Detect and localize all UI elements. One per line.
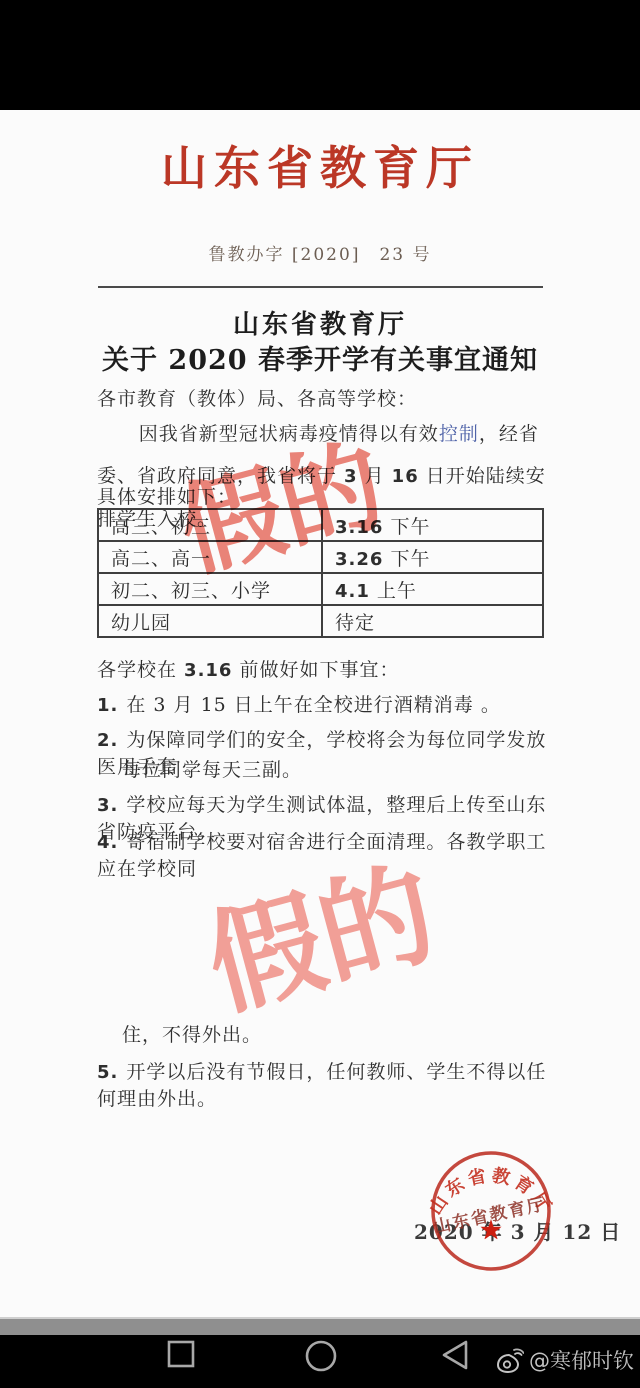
- table-row: 高三、初三 3.16 下午: [98, 509, 543, 541]
- table-row: 初二、初三、小学 4.1 上午: [98, 573, 543, 605]
- grade-cell: 高二、高一: [98, 541, 322, 573]
- para1-highlight: 控制: [439, 423, 479, 445]
- time-cell: 3.16 下午: [322, 509, 543, 541]
- back-triangle-icon: [444, 1342, 466, 1368]
- screen-edge-strip: [0, 1317, 640, 1337]
- para1-date-num1: 3: [344, 466, 358, 487]
- document-number: 鲁教办字 [2020] 23 号: [0, 240, 640, 265]
- grade-cell: 高三、初三: [98, 509, 322, 541]
- salutation: 各市教育（教体）局、各高等学校：: [97, 384, 544, 411]
- official-notice-document: 山东省教育厅 鲁教办字 [2020] 23 号 山东省教育厅 关于 2020 春…: [0, 110, 640, 1317]
- paragraph-after-table: 各学校在 3.16 前做好如下事宜：: [97, 655, 400, 682]
- recents-button[interactable]: [166, 1339, 196, 1369]
- table-row: 高二、高一 3.26 下午: [98, 541, 543, 573]
- letterhead-divider: [98, 286, 543, 288]
- weibo-watermark: @寒郁时钦: [497, 1345, 634, 1375]
- weibo-credit-text: @寒郁时钦: [529, 1345, 634, 1375]
- list-item: 1.在 3 月 15 日上午在全校进行酒精消毒 。: [97, 690, 557, 717]
- para1-e: 月: [358, 465, 392, 487]
- grade-cell: 初二、初三、小学: [98, 573, 322, 605]
- notice-title-line2: 关于 2020 春季开学有关事宜通知: [0, 338, 640, 377]
- time-cell: 4.1 上午: [322, 573, 543, 605]
- android-navbar: @寒郁时钦: [0, 1335, 640, 1388]
- list-item: 5.开学以后没有节假日，任何教师、学生不得以任何理由外出。: [97, 1057, 557, 1111]
- agency-letterhead: 山东省教育厅: [0, 132, 640, 198]
- time-cell: 待定: [322, 605, 543, 637]
- notice-title-line1: 山东省教育厅: [0, 304, 640, 341]
- weibo-icon: [497, 1348, 524, 1373]
- home-circle-icon: [307, 1342, 335, 1370]
- paragraph-lead-in: 具体安排如下：: [97, 482, 237, 509]
- list-item-continuation: 每位同学每天三副。: [122, 755, 302, 782]
- back-button[interactable]: [440, 1339, 470, 1371]
- para1-a: 因我省新型冠状病毒疫情得以有效: [139, 423, 439, 445]
- time-cell: 3.26 下午: [322, 541, 543, 573]
- schedule-table: 高三、初三 3.16 下午 高二、高一 3.26 下午 初二、初三、小学 4.1…: [97, 508, 544, 638]
- para1-date-num2: 16: [392, 466, 419, 487]
- list-item: 4.寄宿制学校要对宿舍进行全面清理。各教学职工应在学校同: [97, 827, 557, 881]
- table-row: 幼儿园 待定: [98, 605, 543, 637]
- recents-square-icon: [169, 1342, 193, 1366]
- grade-cell: 幼儿园: [98, 605, 322, 637]
- home-button[interactable]: [304, 1339, 338, 1373]
- list-item-continuation: 住，不得外出。: [122, 1020, 262, 1047]
- official-seal: 山东省教育厅 山东省教育厅: [411, 1131, 571, 1291]
- phone-screenshot: 山东省教育厅 鲁教办字 [2020] 23 号 山东省教育厅 关于 2020 春…: [0, 0, 640, 1388]
